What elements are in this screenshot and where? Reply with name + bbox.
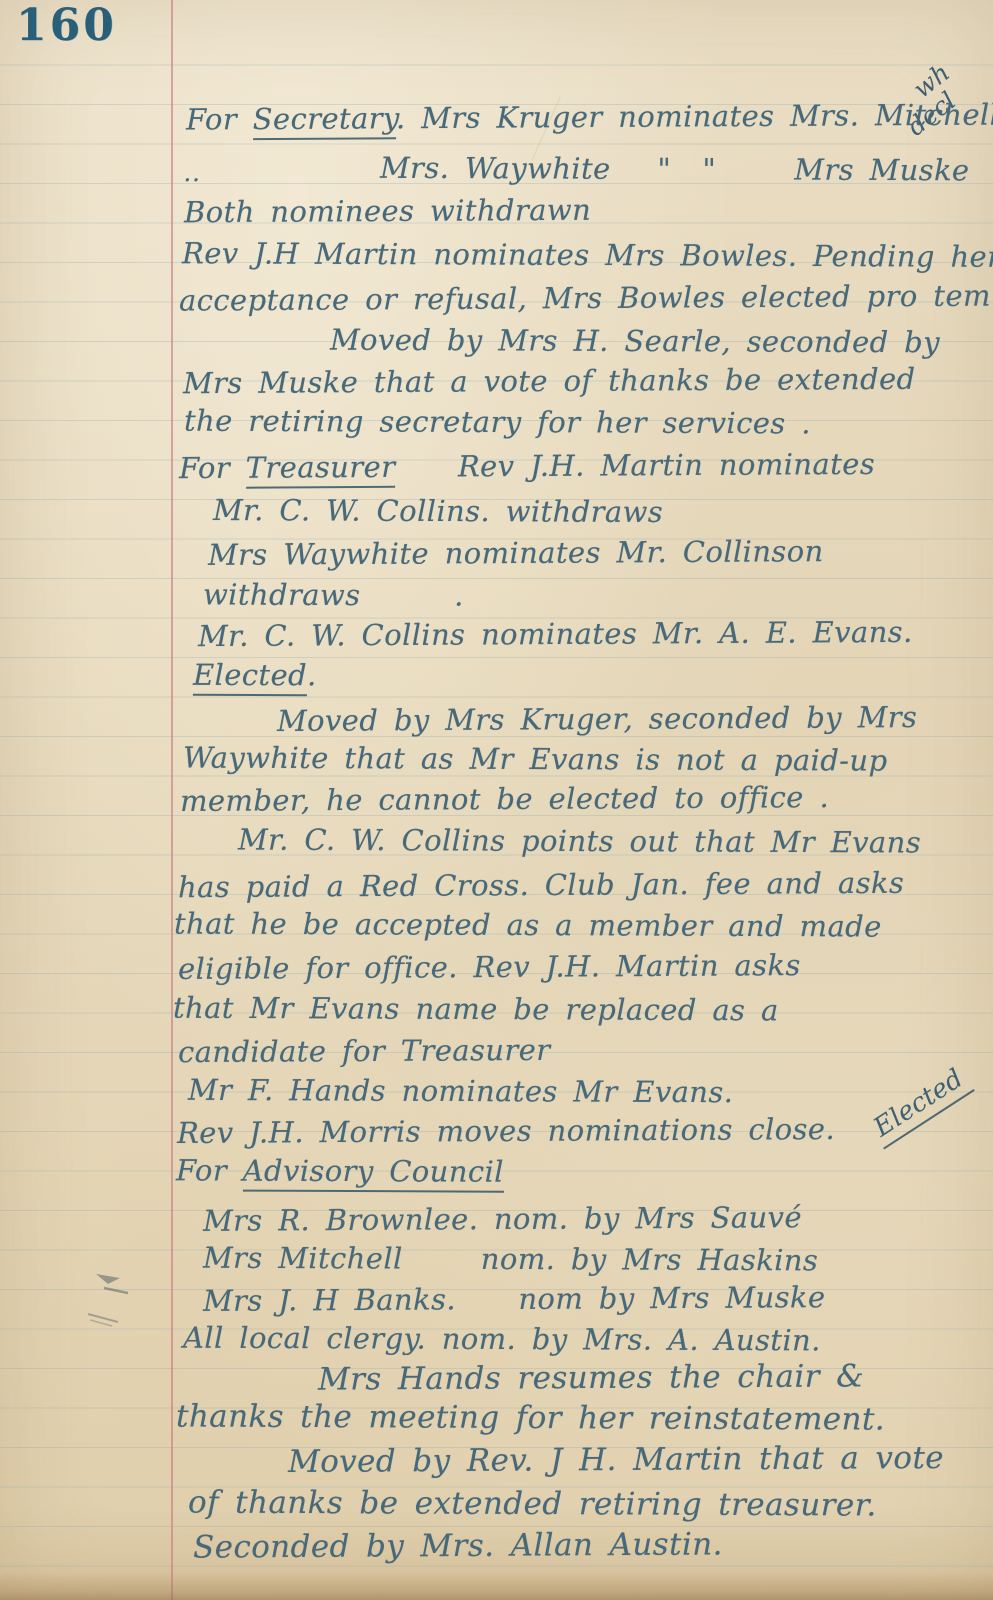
handwritten-line: candidate for Treasurer — [178, 1033, 551, 1069]
line-text: of thanks be extended retiring treasurer… — [188, 1484, 877, 1523]
line-text: Mrs Waywhite nominates Mr. Collinson — [208, 534, 824, 572]
line-text: Mrs. Waywhite " " Mrs Muske — [380, 151, 970, 188]
line-text: For — [179, 451, 246, 485]
line-text: acceptance or refusal, Mrs Bowles electe… — [179, 278, 993, 317]
line-text: Mrs R. Brownlee. nom. by Mrs Sauvé — [203, 1200, 802, 1238]
line-text: member, he cannot be elected to office . — [180, 780, 829, 818]
line-text: thanks the meeting for her reinstatement… — [176, 1398, 885, 1437]
handwritten-line: Both nominees withdrawn — [184, 193, 591, 229]
handwritten-line: that he be accepted as a member and made — [174, 906, 882, 943]
handwritten-line: Moved by Mrs H. Searle, seconded by — [330, 323, 940, 360]
underlined-text: Advisory Council — [243, 1154, 504, 1193]
handwritten-line: Rev J.H Martin nominates Mrs Bowles. Pen… — [182, 236, 993, 274]
handwritten-line: thanks the meeting for her reinstatement… — [176, 1398, 885, 1437]
underlined-text: Elected — [193, 658, 307, 696]
pencil-smudge-mark — [78, 1262, 148, 1332]
handwritten-line: that Mr Evans name be replaced as a — [173, 991, 779, 1028]
handwritten-line: acceptance or refusal, Mrs Bowles electe… — [179, 278, 993, 317]
handwritten-line: Mrs. Waywhite " " Mrs Muske — [380, 151, 970, 188]
handwritten-line: eligible for office. Rev J.H. Martin ask… — [178, 948, 801, 986]
underlined-text: Treasurer — [246, 450, 396, 489]
handwritten-line: Waywhite that as Mr Evans is not a paid-… — [183, 740, 888, 777]
page-bottom-edge — [0, 1572, 993, 1600]
handwritten-line: has paid a Red Cross. Club Jan. fee and … — [178, 866, 904, 904]
line-text: For — [176, 1153, 243, 1187]
line-text: Mrs Hands resumes the chair & — [318, 1358, 864, 1397]
line-text: Mr F. Hands nominates Mr Evans. — [188, 1073, 733, 1109]
line-text: Mr. C. W. Collins. withdraws — [213, 493, 663, 529]
handwritten-line: Mrs Waywhite nominates Mr. Collinson — [208, 534, 824, 572]
handwritten-line: For Secretary. Mrs Kruger nominates Mrs.… — [186, 97, 993, 136]
line-text: Moved by Rev. J H. Martin that a vote — [288, 1440, 944, 1480]
line-text: Mrs J. H Banks. nom by Mrs Muske — [203, 1280, 826, 1318]
handwritten-line: Mr. C. W. Collins points out that Mr Eva… — [238, 823, 921, 860]
line-text: . Mrs Kruger nominates Mrs. Mitchell, — [396, 97, 993, 135]
handwritten-line: Rev J.H. Morris moves nominations close. — [177, 1112, 835, 1150]
red-margin-line — [171, 0, 173, 1600]
handwritten-line: Mrs J. H Banks. nom by Mrs Muske — [203, 1280, 826, 1318]
handwritten-line: member, he cannot be elected to office . — [180, 780, 829, 818]
handwritten-line: the retiring secretary for her services … — [184, 404, 811, 441]
handwritten-line: Mr. C. W. Collins. withdraws — [213, 493, 663, 529]
line-text: withdraws . — [203, 577, 464, 612]
line-text: Rev J.H. Martin nominates — [395, 447, 875, 484]
line-text: Mrs Muske that a vote of thanks be exten… — [183, 362, 916, 400]
handwritten-line: Mrs Mitchell nom. by Mrs Haskins — [203, 1241, 818, 1278]
handwritten-line: Mr F. Hands nominates Mr Evans. — [188, 1073, 733, 1109]
line-text: that he be accepted as a member and made — [174, 906, 882, 943]
line-text: Waywhite that as Mr Evans is not a paid-… — [183, 740, 888, 777]
line-text: Moved by Mrs H. Searle, seconded by — [330, 323, 940, 360]
line-text: eligible for office. Rev J.H. Martin ask… — [178, 948, 801, 986]
handwritten-line: For Advisory Council — [176, 1153, 504, 1188]
handwritten-line: Mr. C. W. Collins nominates Mr. A. E. Ev… — [198, 615, 913, 653]
line-text: Mr. C. W. Collins nominates Mr. A. E. Ev… — [198, 615, 913, 653]
line-text: For — [186, 102, 253, 136]
handwritten-line: Mrs R. Brownlee. nom. by Mrs Sauvé — [203, 1200, 802, 1238]
line-text: All local clergy. nom. by Mrs. A. Austin… — [183, 1321, 821, 1358]
line-text: Mr. C. W. Collins points out that Mr Eva… — [238, 823, 921, 860]
line-text: . — [307, 658, 317, 692]
handwritten-line: Moved by Rev. J H. Martin that a vote — [288, 1440, 944, 1480]
line-text: has paid a Red Cross. Club Jan. fee and … — [178, 866, 904, 904]
page-number: 160 — [16, 0, 117, 51]
ditto-mark: ‥ — [183, 158, 200, 188]
ledger-page: 160 wh decl ‥ For Secretary. Mrs Kruger … — [0, 0, 993, 1600]
line-text: Moved by Mrs Kruger, seconded by Mrs — [277, 700, 917, 738]
handwritten-line: Mrs Muske that a vote of thanks be exten… — [183, 362, 916, 400]
line-text: that Mr Evans name be replaced as a — [173, 991, 779, 1028]
handwritten-line: of thanks be extended retiring treasurer… — [188, 1484, 877, 1523]
line-text: Seconded by Mrs. Allan Austin. — [193, 1526, 723, 1565]
handwritten-line: Moved by Mrs Kruger, seconded by Mrs — [277, 700, 917, 738]
elected-annotation: Elected — [865, 1061, 974, 1149]
handwritten-line: For Treasurer Rev J.H. Martin nominates — [179, 447, 875, 485]
handwritten-line: Mrs Hands resumes the chair & — [318, 1358, 864, 1397]
line-text: Both nominees withdrawn — [184, 193, 591, 229]
line-text: the retiring secretary for her services … — [184, 404, 811, 441]
handwritten-line: Seconded by Mrs. Allan Austin. — [193, 1526, 723, 1565]
underlined-text: Secretary — [253, 101, 396, 140]
handwritten-line: withdraws . — [203, 577, 464, 612]
line-text: Rev J.H. Morris moves nominations close. — [177, 1112, 835, 1150]
line-text: Rev J.H Martin nominates Mrs Bowles. Pen… — [182, 236, 993, 274]
handwritten-line: Elected. — [193, 658, 317, 693]
line-text: candidate for Treasurer — [178, 1033, 551, 1069]
line-text: Mrs Mitchell nom. by Mrs Haskins — [203, 1241, 818, 1278]
handwritten-line: All local clergy. nom. by Mrs. A. Austin… — [183, 1321, 821, 1358]
